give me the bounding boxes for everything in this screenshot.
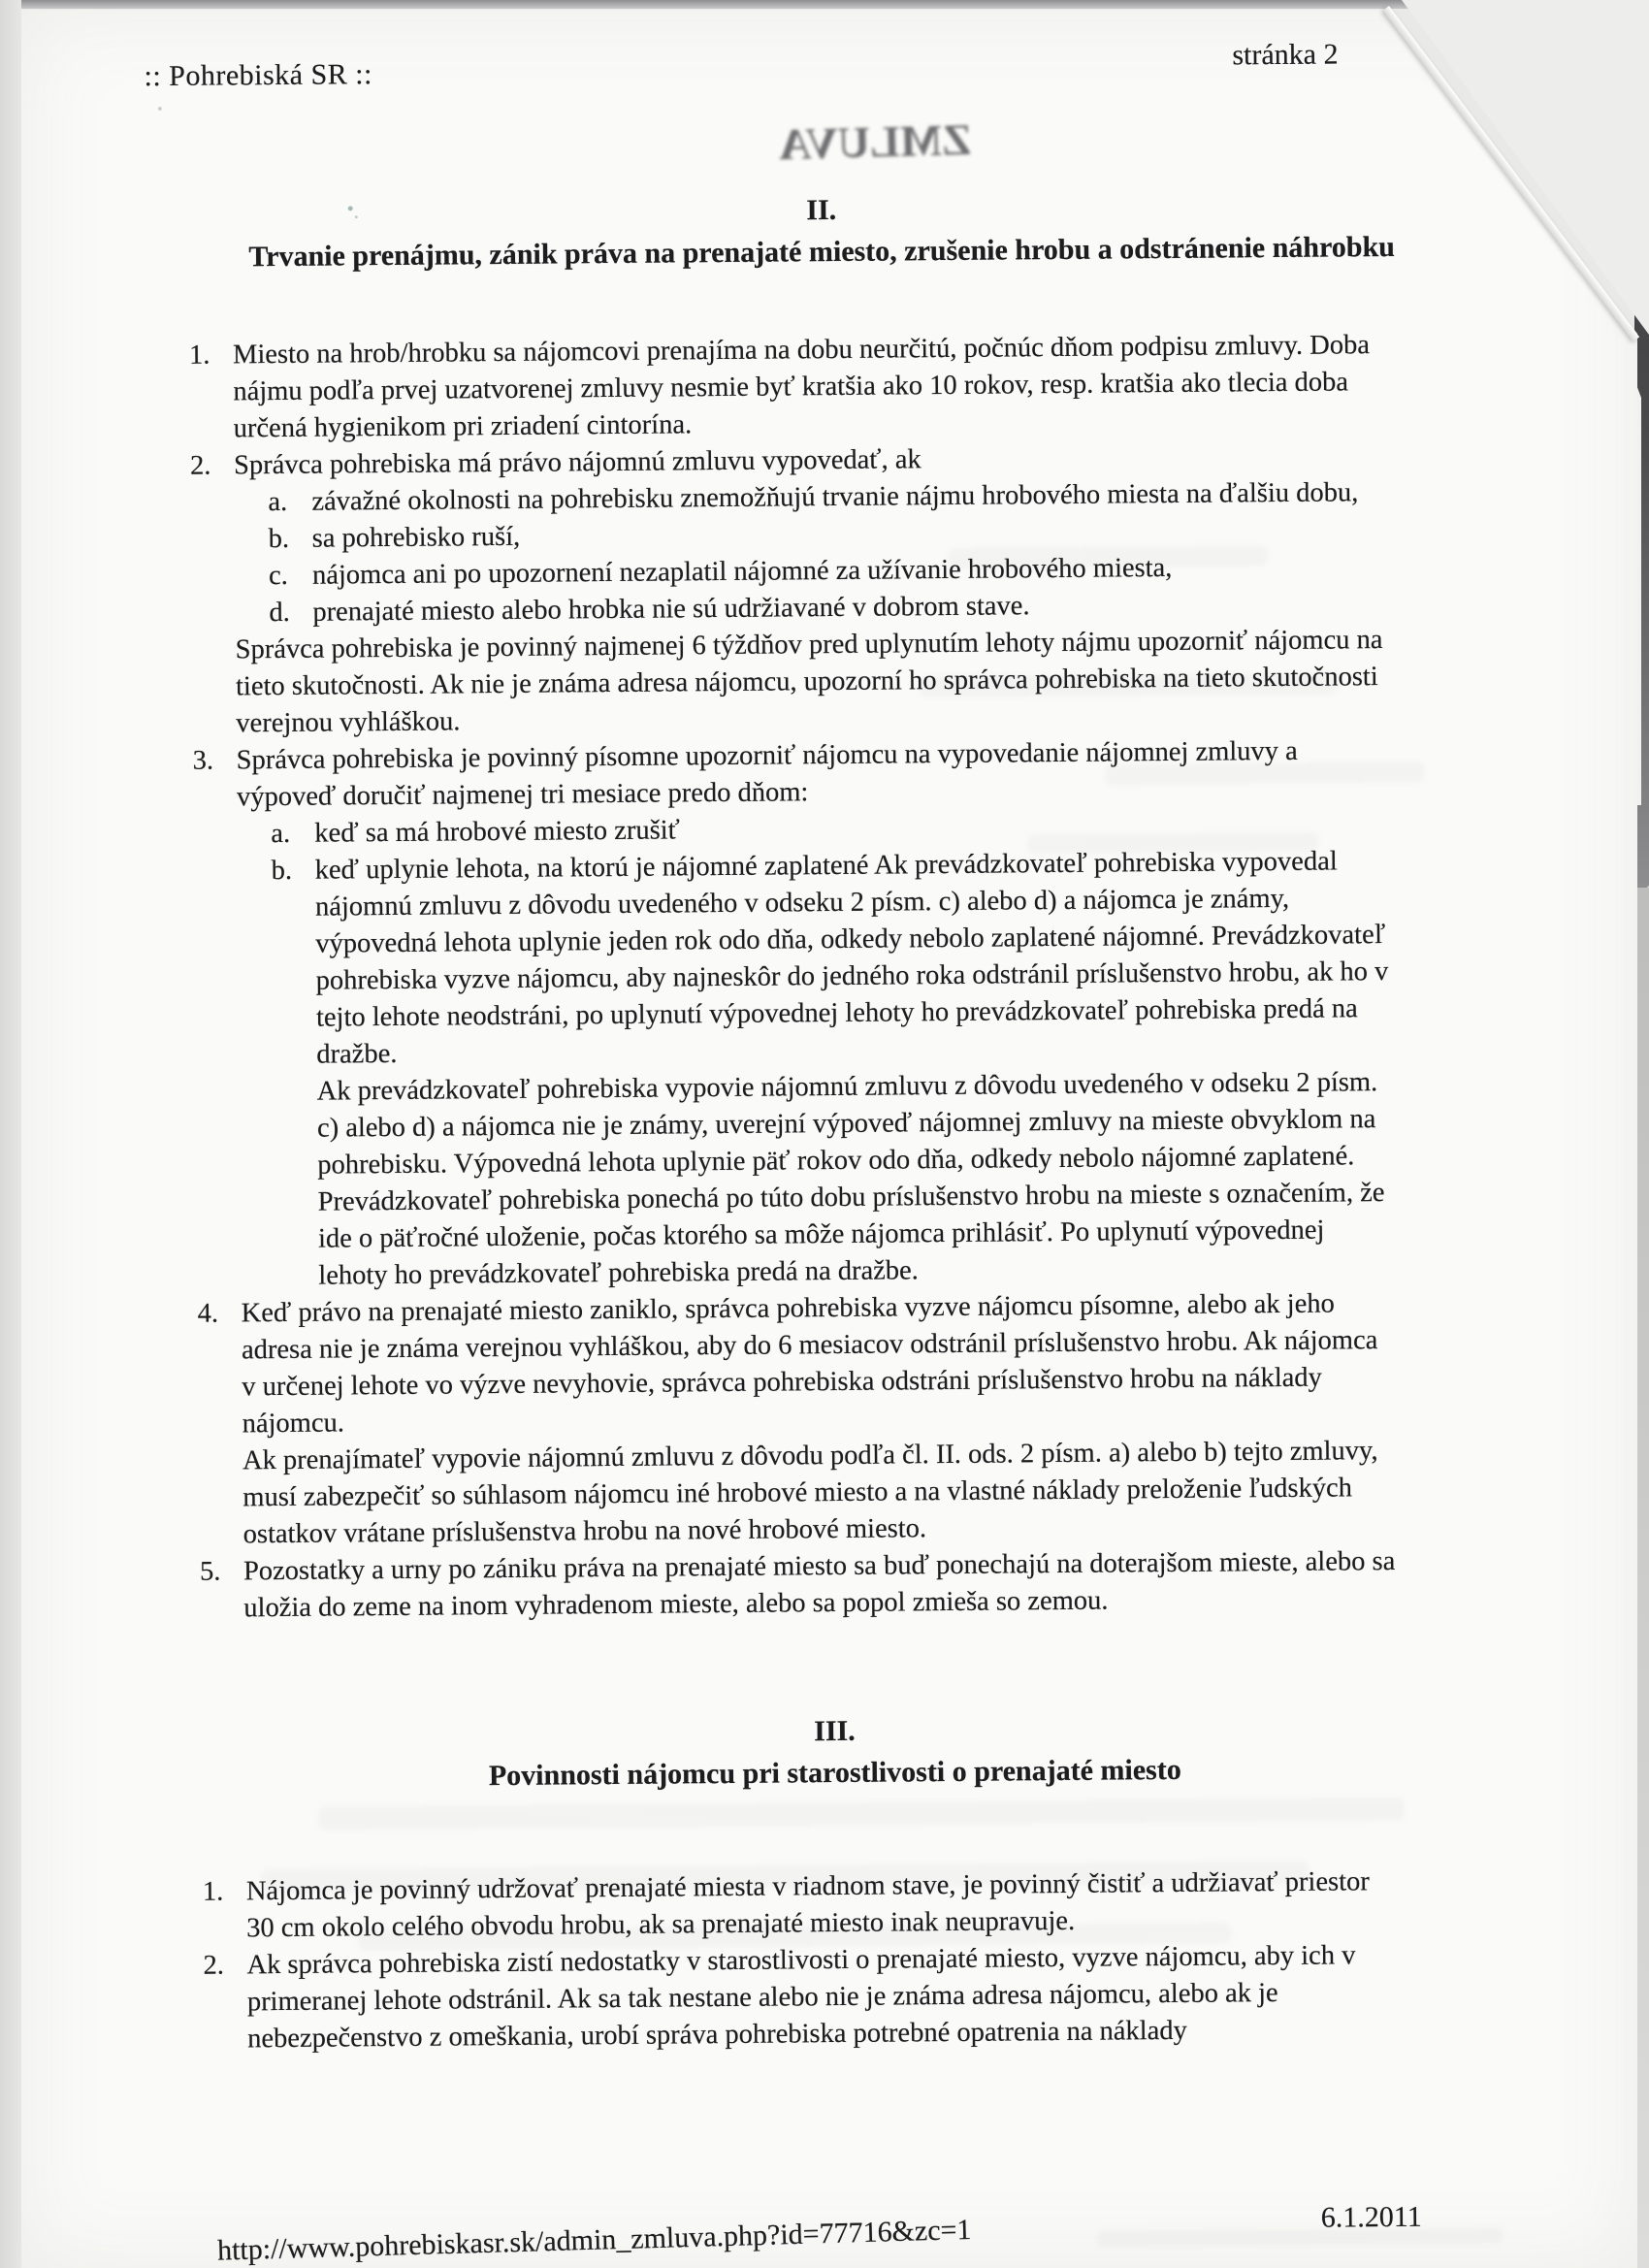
paragraph: Pozostatky a urny po zániku práva na pre… [243, 1543, 1400, 1627]
item-marker: 2. [203, 1947, 246, 1984]
item-text: Miesto na hrob/hrobku sa nájomcovi prena… [233, 327, 1389, 447]
list-item: 1. Miesto na hrob/hrobku sa nájomcovi pr… [189, 327, 1389, 448]
scanner-edge-top [0, 0, 1649, 9]
item-text: Ak správca pohrebiska zistí nedostatky v… [246, 1937, 1403, 2057]
paragraph: keď uplynie lehota, na ktorú je nájomné … [315, 843, 1395, 1074]
item-marker: 4. [198, 1295, 242, 1332]
item-text: Nájomca je povinný udržovať prenajaté mi… [246, 1863, 1403, 1947]
section-iii-list: 1. Nájomca je povinný udržovať prenajaté… [28, 1862, 1646, 2060]
list-item: 1. Nájomca je povinný udržovať prenajaté… [203, 1863, 1403, 1948]
item-text: Pozostatky a urny po zániku práva na pre… [243, 1543, 1400, 1627]
item-marker: 2. [190, 447, 234, 484]
paragraph: Ak prenajímateľ vypovie nájomnú zmluvu z… [242, 1433, 1399, 1553]
list-item: 3. Správca pohrebiska je povinný písomne… [193, 732, 1397, 1296]
sub-item-marker: b. [272, 853, 319, 1295]
item-marker: 5. [200, 1553, 243, 1590]
site-header-label: :: Pohrebiská SR :: [144, 56, 372, 95]
scanned-page: ZMLUVA :: Pohrebiská SR :: stránka 2 II.… [21, 10, 1637, 2268]
list-item: 4. Keď právo na prenajaté miesto zaniklo… [198, 1285, 1399, 1554]
section-ii-list: 1. Miesto na hrob/hrobku sa nájomcovi pr… [15, 325, 1642, 1629]
section-ii-heading: II. Trvanie prenájmu, zánik práva na pre… [14, 183, 1631, 281]
bleed-through-ghost-text: ZMLUVA [779, 121, 972, 163]
item-text: Správca pohrebiska je povinný písomne up… [237, 732, 1397, 1295]
sub-item-marker: b. [269, 521, 312, 558]
paragraph: Nájomca je povinný udržovať prenajaté mi… [246, 1863, 1403, 1947]
paragraph: Správca pohrebiska je povinný najmenej 6… [236, 622, 1392, 742]
item-marker: 1. [189, 337, 233, 373]
list-item: 2. Ak správca pohrebiska zistí nedostatk… [203, 1937, 1403, 2058]
sub-item-marker: d. [269, 595, 312, 632]
section-iii-heading: III. Povinnosti nájomcu pri starostlivos… [26, 1704, 1643, 1802]
bleed-through-smear [1096, 2227, 1503, 2247]
page-number: stránka 2 [1232, 36, 1338, 74]
item-text: Správca pohrebiska má právo nájomnú zmlu… [234, 437, 1392, 742]
paragraph: Miesto na hrob/hrobku sa nájomcovi prena… [233, 327, 1389, 447]
sub-item-text: keď uplynie lehota, na ktorú je nájomné … [315, 843, 1397, 1295]
scan-speck [158, 107, 162, 111]
footer-url: http://www.pohrebiskasr.sk/admin_zmluva.… [217, 2212, 972, 2268]
list-item: 5. Pozostatky a urny po zániku práva na … [200, 1543, 1400, 1628]
scanner-edge-left [0, 0, 21, 2268]
page-content: ZMLUVA :: Pohrebiská SR :: stránka 2 II.… [12, 3, 1647, 2268]
paragraph: Ak prevádzkovateľ pohrebiska vypovie náj… [317, 1064, 1397, 1295]
paragraph: Keď právo na prenajaté miesto zaniklo, s… [242, 1285, 1398, 1442]
item-text: Keď právo na prenajaté miesto zaniklo, s… [242, 1285, 1399, 1553]
item-marker: 3. [193, 742, 237, 779]
paragraph: Ak správca pohrebiska zistí nedostatky v… [246, 1937, 1403, 2057]
page-number-value: 2 [1323, 38, 1338, 70]
paragraph: Správca pohrebiska je povinný písomne up… [237, 732, 1393, 816]
sub-item-marker: a. [268, 484, 311, 521]
list-item: 2. Správca pohrebiska má právo nájomnú z… [190, 437, 1392, 743]
document-body: II. Trvanie prenájmu, zánik práva na pre… [14, 183, 1646, 2059]
item-marker: 1. [203, 1873, 246, 1910]
page-number-label: stránka [1232, 39, 1316, 72]
sub-item-marker: a. [271, 816, 314, 853]
footer-date: 6.1.2011 [1321, 2199, 1422, 2237]
sub-list-item: b. keď uplynie lehota, na ktorú je nájom… [272, 843, 1397, 1295]
sub-item-marker: c. [269, 558, 312, 595]
